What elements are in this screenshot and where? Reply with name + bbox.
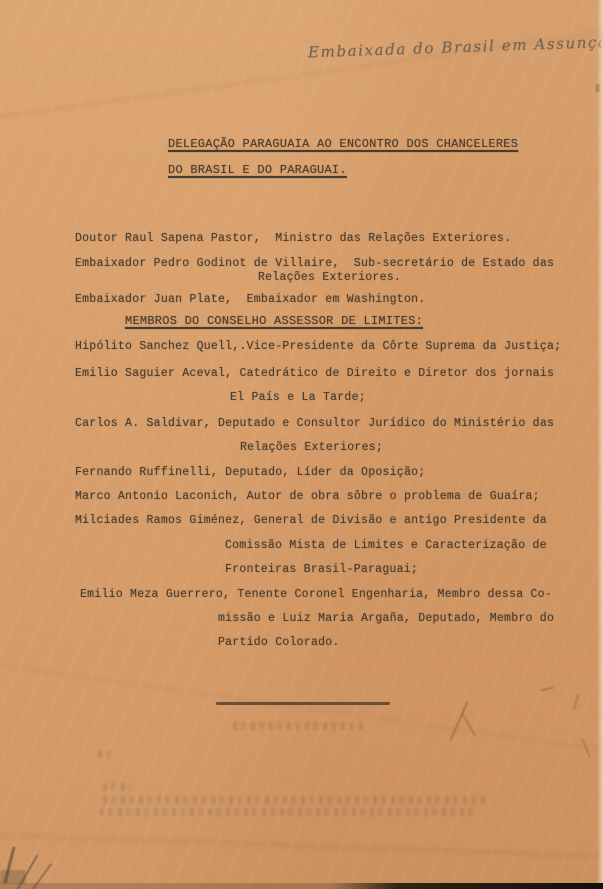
pencil-scribble (462, 713, 477, 737)
typed-line-continuation: El País e La Tarde; (230, 391, 366, 405)
typed-line: Hipólito Sanchez Quell,.Vice-Presidente … (75, 340, 561, 354)
typed-line: Embaixador Pedro Godinot de Villaire, Su… (75, 257, 554, 271)
typed-line: Carlos A. Saldivar, Deputado e Consultor… (75, 417, 554, 431)
horizontal-rule (216, 702, 390, 705)
pencil-scribble (581, 738, 590, 757)
typed-line: Marco Antonio Laconich, Autor de obra sô… (75, 490, 540, 504)
typed-line-continuation: Comissão Mista de Limites e Caracterizaç… (225, 539, 547, 553)
document-title-line2: DO BRASIL E DO PARAGUAI. (168, 163, 347, 177)
typed-line: Fernando Ruffinelli, Deputado, Líder da … (75, 466, 425, 480)
ink-blot (0, 870, 26, 884)
typed-line-continuation: missão e Luiz Maria Argaña, Deputado, Me… (218, 612, 554, 626)
typed-line: Emilio Saguier Aceval, Catedrático de Di… (75, 367, 554, 381)
typed-line-continuation: Relações Exteriores. (258, 271, 401, 285)
typed-line-continuation: Relações Exteriores; (240, 441, 383, 455)
bleedthrough-smudge (103, 796, 485, 804)
typed-line: Embaixador Juan Plate, Embaixador em Was… (75, 293, 425, 307)
bleedthrough-smudge (233, 722, 363, 730)
typed-line: Doutor Raul Sapena Pastor, Ministro das … (75, 232, 511, 246)
bleedthrough-smudge (100, 808, 475, 816)
typed-line: Emilio Meza Guerrero, Tenente Coronel En… (80, 588, 552, 602)
document-page: Embaixada do Brasil em Assunção DELEGAÇÃ… (0, 0, 603, 889)
page-right-edge (597, 0, 603, 889)
bleedthrough-smudge (98, 750, 116, 758)
embassy-stamp-handwriting: Embaixada do Brasil em Assunção (308, 33, 603, 62)
typed-line-continuation: Partido Colorado. (218, 636, 340, 650)
bleedthrough-smudge (103, 783, 131, 791)
typed-line: Milciades Ramos Giménez, General de Divi… (75, 514, 547, 528)
scan-bottom-edge (0, 883, 603, 889)
section-heading: MEMBROS DO CONSELHO ASSESSOR DE LIMITES: (125, 314, 423, 328)
pencil-scribble (540, 687, 554, 692)
document-title-line1: DELEGAÇÃO PARAGUAIA AO ENCONTRO DOS CHAN… (168, 137, 518, 151)
typed-line-continuation: Fronteiras Brasil-Paraguai; (225, 563, 418, 577)
pencil-scribble (573, 694, 580, 710)
